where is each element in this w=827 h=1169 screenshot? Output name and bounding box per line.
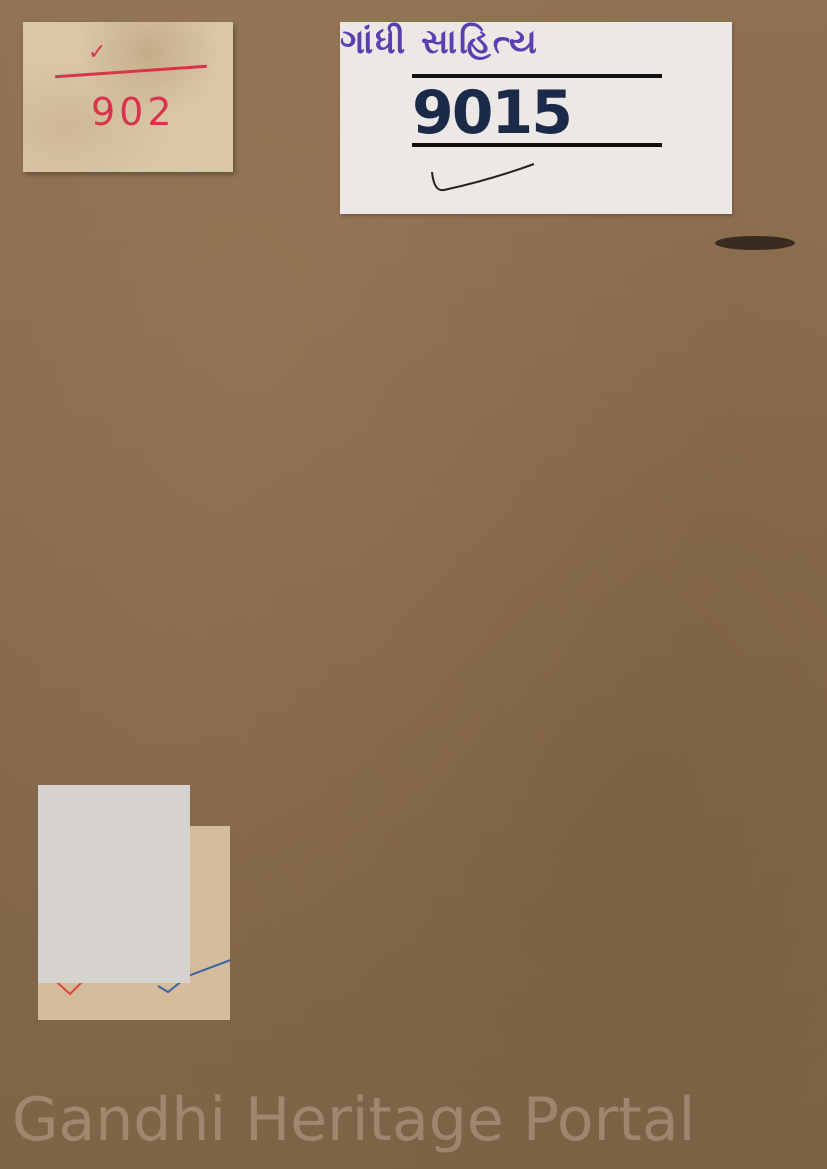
small-label: ✓ 902 [23,22,233,172]
watermark: Gandhi Heritage Portal [12,1085,695,1155]
check-mark-icon [430,162,540,202]
bottom-rule [412,143,662,147]
small-label-number: 902 [91,90,176,134]
accession-label: ગાંધી સાહિત્ય 9015 [340,22,732,214]
ink-smudge [715,236,795,250]
bottom-label-front [38,785,190,983]
check-mark: ✓ [88,40,106,65]
accession-number: 9015 [412,78,571,148]
red-rule [55,65,207,79]
gandhi-sahitya-stamp: ગાંધી સાહિત્ય [340,22,539,62]
